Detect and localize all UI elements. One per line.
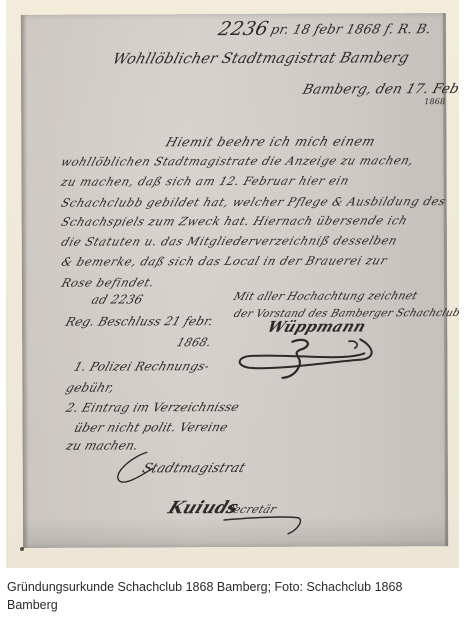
mayor-signature-suffix: Secretär	[224, 503, 278, 516]
addressee-line: Wohllöblicher Stadtmagistrat Bamberg	[111, 50, 411, 67]
signature-flourish-icon	[232, 331, 382, 382]
document-photo: 2236 pr. 18 febr 1868 f. R. B. Wohllöbli…	[6, 0, 459, 568]
image-caption: Gründungsurkunde Schachclub 1868 Bamberg…	[7, 578, 447, 614]
annotation-line: 1868.	[175, 335, 213, 349]
header-number: 2236	[216, 18, 271, 40]
page-mark-dot	[20, 547, 24, 551]
annotation-line: zu machen.	[64, 438, 140, 452]
annotation-line: 1. Polizei Rechnungs-	[72, 359, 211, 374]
closing-line: Mit aller Hochachtung zeichnet	[232, 289, 419, 303]
place-date-line: Bamberg, den 17. Februar	[301, 81, 459, 98]
annotation-line: ad 2236	[90, 292, 145, 306]
annotation-line: Reg. Beschluss 21 febr.	[64, 314, 215, 329]
signature: Wüppmann	[265, 317, 369, 335]
body-line: wohllöblichen Stadtmagistrate die Anzeig…	[59, 153, 416, 169]
annotation-line: Stadtmagistrat	[140, 461, 247, 476]
year-line: 1868	[424, 97, 445, 106]
body-line: & bemerke, daß sich das Local in der Bra…	[60, 253, 390, 268]
body-line: zu machen, daß sich am 12. Februar hier …	[59, 173, 351, 188]
body-line: Schachspiels zum Zweck hat. Hiernach übe…	[59, 213, 409, 229]
paper-sheet: 2236 pr. 18 febr 1868 f. R. B. Wohllöbli…	[21, 13, 448, 548]
header-reference: pr. 18 febr 1868 f. R. B.	[269, 22, 432, 38]
paper-left-edge-shadow	[21, 15, 29, 548]
body-line: Schachclubb gebildet hat, welcher Pflege…	[59, 194, 447, 210]
annotation-line: 2. Eintrag im Verzeichnisse	[64, 400, 241, 415]
body-line: Rose befindet.	[60, 275, 157, 289]
annotation-line: gebühr,	[64, 381, 116, 395]
annotation-line: über nicht polit. Vereine	[72, 420, 229, 435]
body-line: Hiemit beehre ich mich einem	[164, 133, 378, 149]
body-line: die Statuten u. das Mitgliederverzeichni…	[60, 233, 400, 248]
